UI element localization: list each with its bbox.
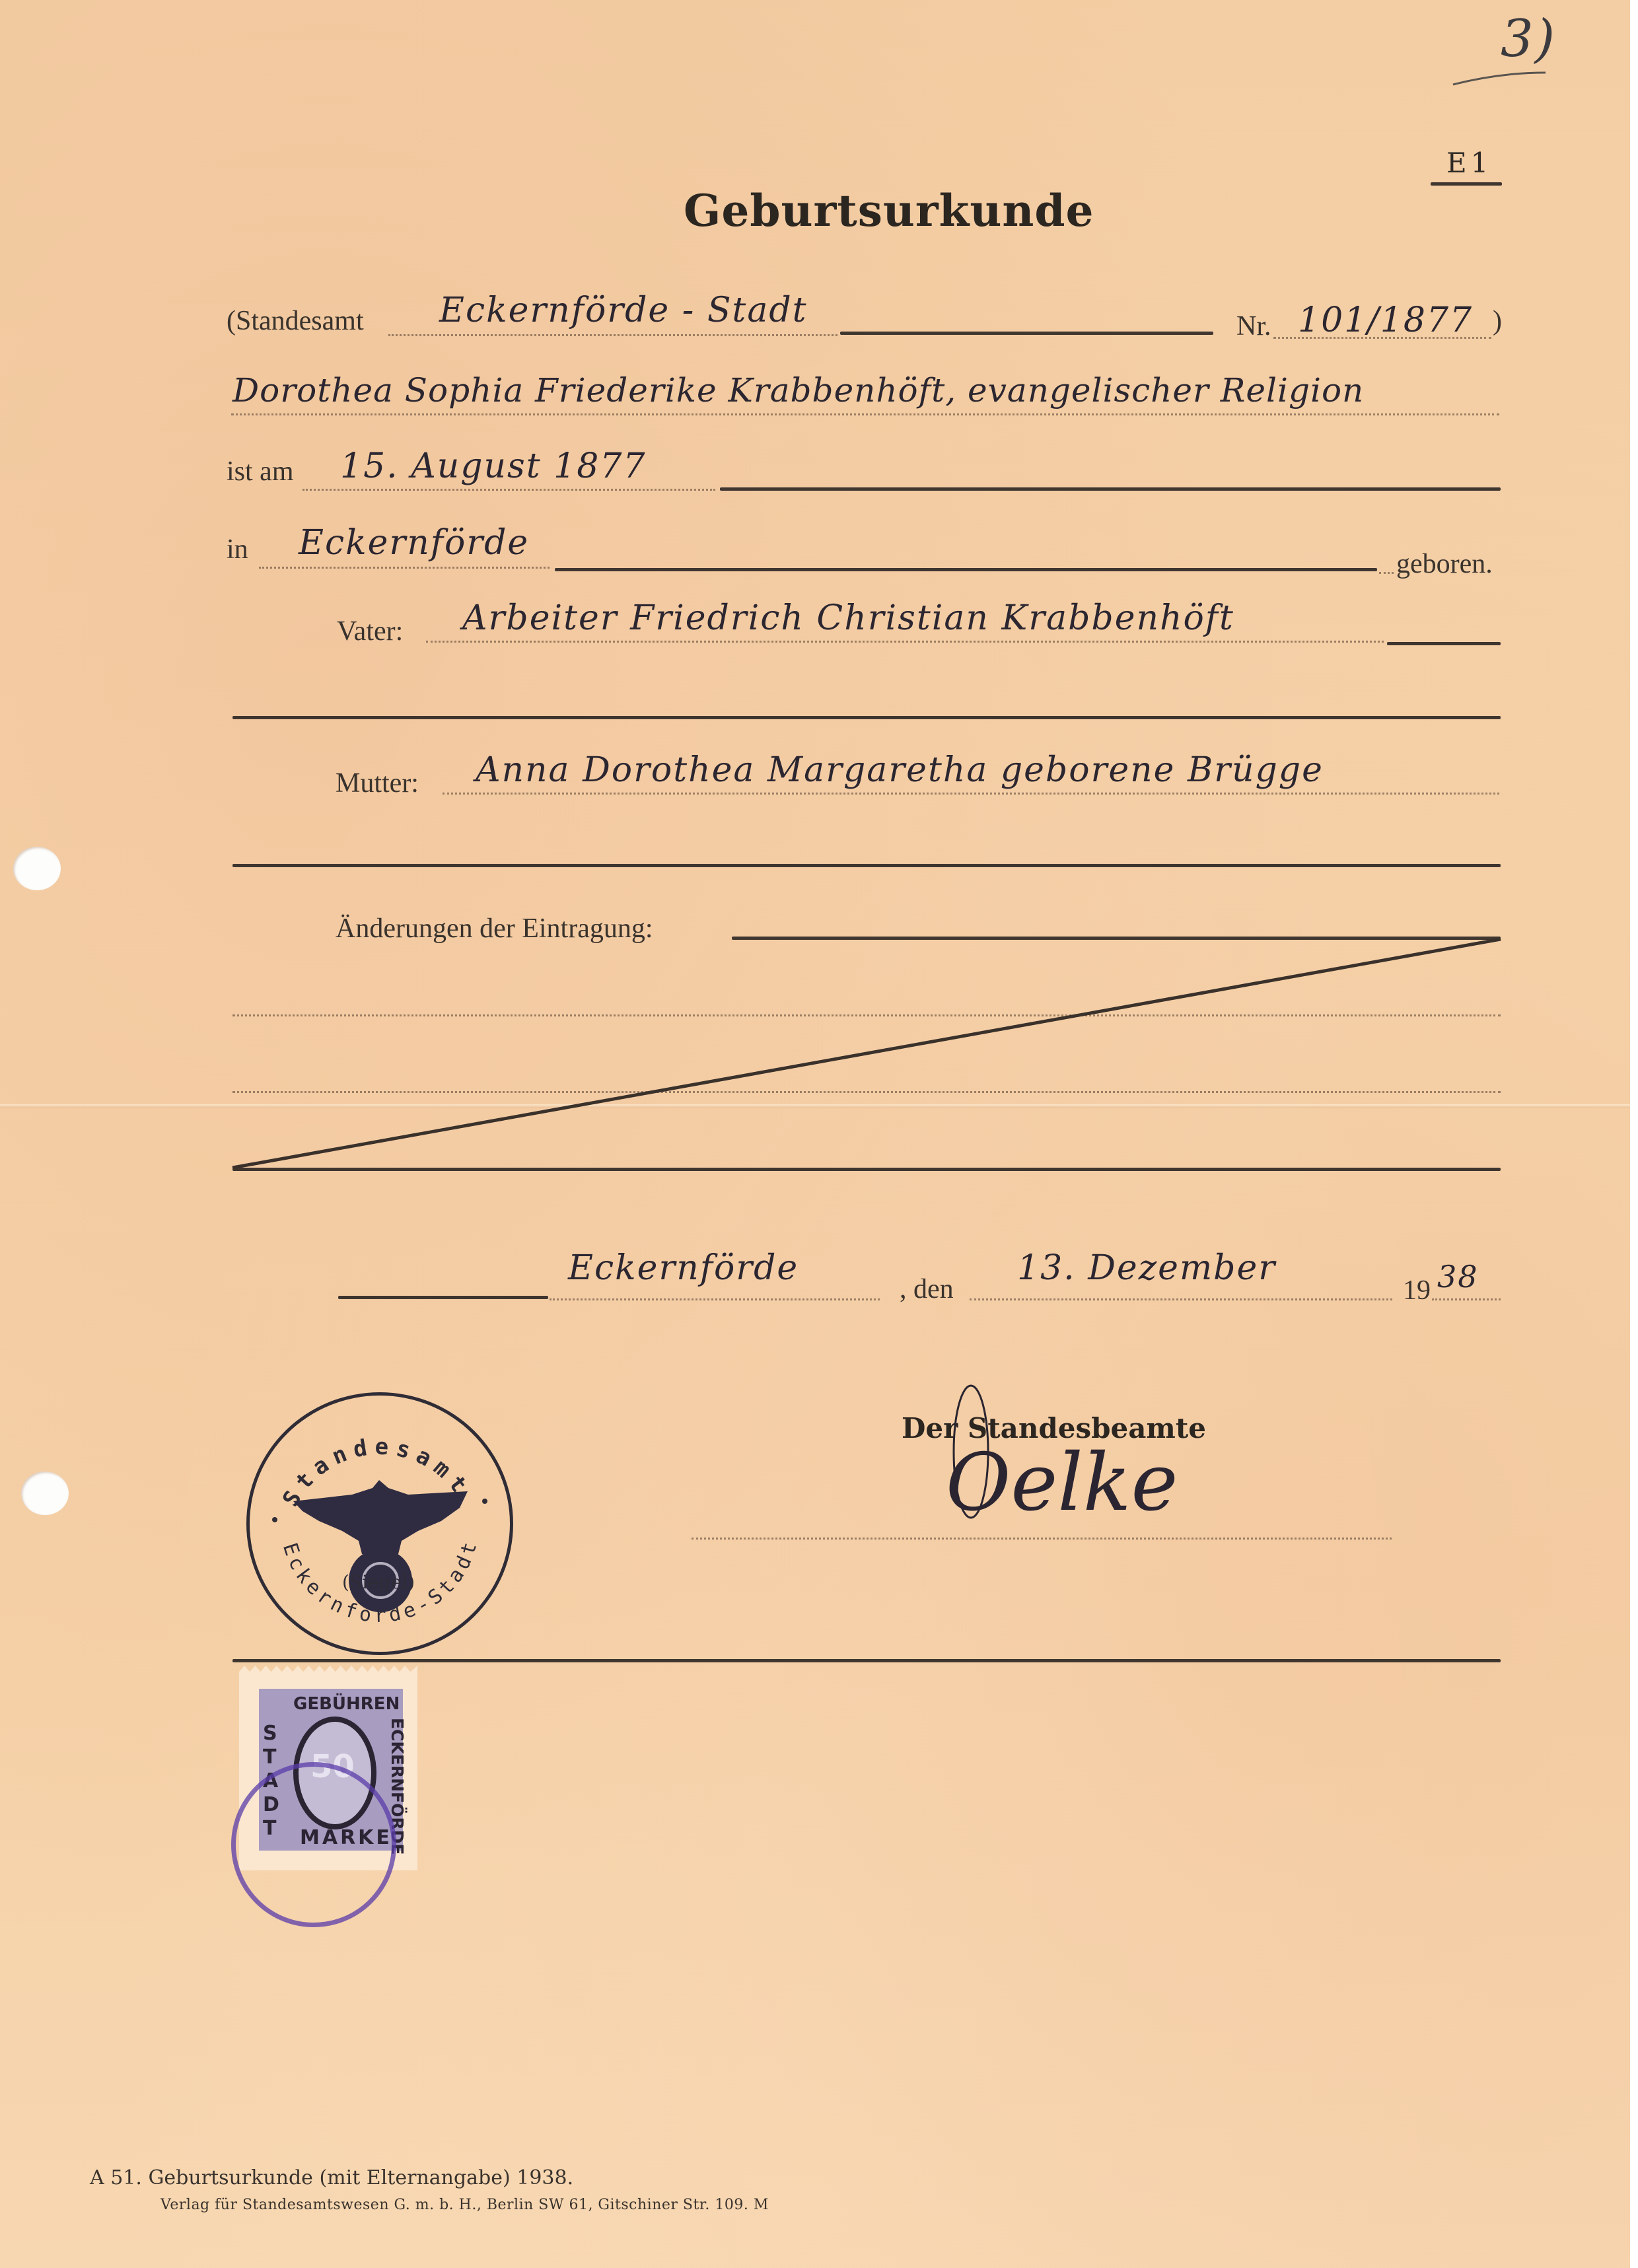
issue-year-suffix: 38 [1437, 1259, 1479, 1294]
signature-loop [944, 1379, 997, 1531]
form-code: E1 [1446, 147, 1492, 179]
issue-den-label: , den [900, 1273, 954, 1305]
father-second-rule [232, 716, 1501, 719]
fee-stamp-top: GEBÜHREN [293, 1694, 400, 1714]
mother-dotted-line [443, 793, 1499, 795]
nr-value: 101/1877 [1298, 301, 1473, 340]
eagle-icon [293, 1480, 468, 1554]
birth-certificate-page: 3) E1 Geburtsurkunde (Standesamt Eckernf… [0, 0, 1630, 2268]
birth-place-suffix: geboren. [1396, 548, 1493, 580]
form-code-underline [1431, 182, 1502, 186]
punch-hole-top [13, 847, 61, 890]
cancellation-stamp [231, 1762, 396, 1927]
birth-date-value: 15. August 1877 [340, 446, 647, 486]
father-value: Arbeiter Friedrich Christian Krabbenhöft [462, 598, 1234, 638]
birth-place-dotted-line [259, 567, 550, 569]
child-dotted-line [231, 413, 1499, 415]
page-marker-stroke [1446, 40, 1565, 92]
birth-place-label: in [227, 534, 248, 565]
standesamt-close-paren: ) [1493, 305, 1502, 337]
changes-strike-diagonal [225, 931, 1509, 1176]
issue-place: Eckernförde [568, 1248, 799, 1288]
footer-publisher: Verlag für Standesamtswesen G. m. b. H.,… [160, 2197, 769, 2213]
scan-margin [1630, 0, 1638, 2268]
page-title: Geburtsurkunde [684, 185, 1094, 236]
child-name: Dorothea Sophia Friederike Krabbenhöft, … [232, 371, 1364, 409]
mother-label: Mutter: [336, 767, 419, 799]
issue-year-prefix: 19 [1403, 1275, 1431, 1306]
birth-date-rule [720, 487, 1501, 491]
birth-date-label: ist am [227, 456, 294, 487]
nr-label: Nr. [1236, 310, 1271, 342]
birth-place-value: Eckernförde [299, 523, 529, 563]
father-dotted-line [426, 641, 1384, 643]
seal-artwork: Standesamt Eckernförde-Stadt (Siegel) [250, 1396, 510, 1652]
mother-second-rule [232, 864, 1501, 867]
birth-date-dotted-line [303, 489, 715, 491]
birth-place-dotted-end [1379, 572, 1394, 574]
seal-bottom-rule [232, 1659, 1501, 1662]
issue-date: 13. Dezember [1017, 1248, 1276, 1288]
standesamt-rule [840, 332, 1213, 335]
issue-year-dotted-line [1432, 1298, 1501, 1300]
standesamt-label: (Standesamt [227, 305, 364, 337]
issue-place-dotted-line [550, 1298, 880, 1300]
issue-place-rule [338, 1296, 548, 1299]
footer-form-id: A 51. Geburtsurkunde (mit Elternangabe) … [90, 2166, 573, 2189]
mother-value: Anna Dorothea Margaretha geborene Brügge [476, 750, 1324, 790]
father-label: Vater: [337, 616, 403, 647]
punch-hole-bottom [21, 1471, 69, 1515]
signature-dotted-line [692, 1538, 1392, 1540]
standesamt-value: Eckernförde - Stadt [439, 291, 808, 330]
standesamt-dotted-line [388, 334, 837, 336]
issue-date-dotted-line [970, 1298, 1392, 1300]
seal-center-mark: (Siegel) [342, 1571, 415, 1593]
father-rule [1387, 642, 1501, 645]
official-seal: Standesamt Eckernförde-Stadt (Siegel) [246, 1392, 513, 1655]
birth-place-rule [555, 568, 1377, 571]
